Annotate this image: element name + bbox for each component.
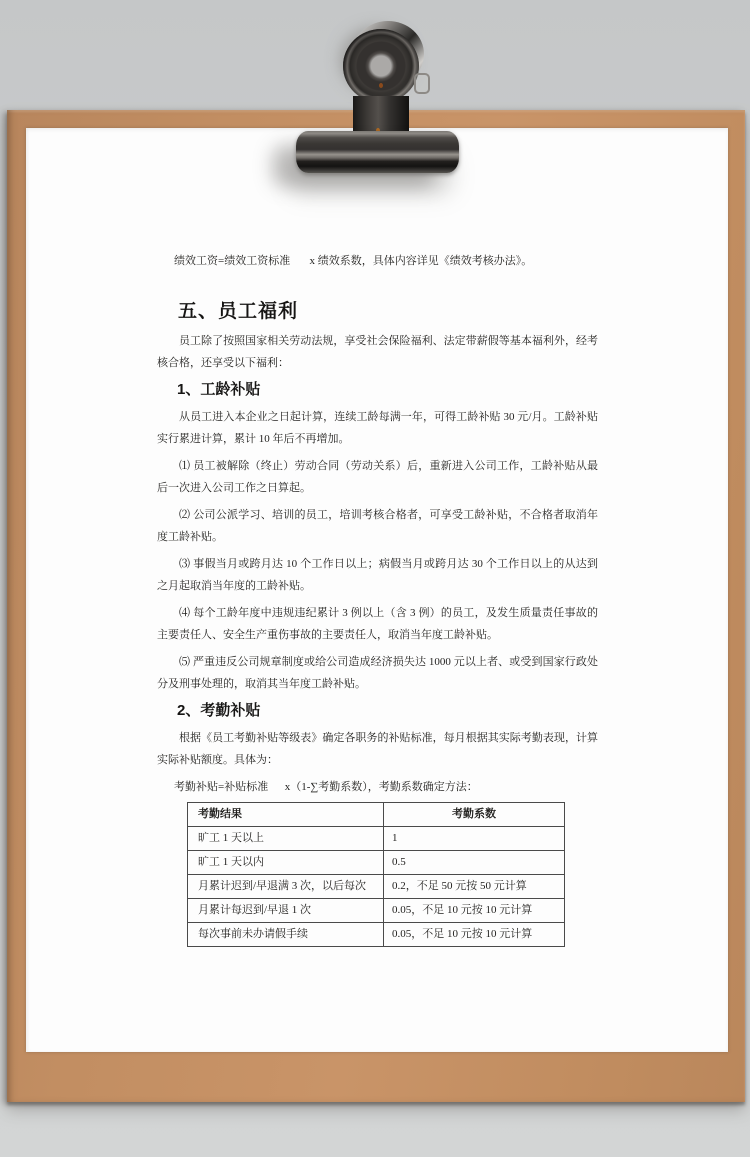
table-header-row: 考勤结果 考勤系数 <box>188 803 565 827</box>
table-header-result: 考勤结果 <box>188 803 384 827</box>
table-cell-coefficient: 0.05，不足 10 元按 10 元计算 <box>384 923 565 947</box>
table-row: 每次事前未办请假手续 0.05，不足 10 元按 10 元计算 <box>188 923 565 947</box>
table-cell-result: 月累计迟到/早退满 3 次，以后每次 <box>188 875 384 899</box>
paper-sheet: 绩效工资=绩效工资标准 x 绩效系数，具体内容详见《绩效考核办法》。 五、员工福… <box>26 128 728 1052</box>
clip-neck-icon <box>353 96 409 136</box>
table-cell-coefficient: 1 <box>384 827 565 851</box>
attendance-intro: 根据《员工考勤补贴等级表》确定各职务的补贴标准，每月根据其实际考勤表现，计算实际… <box>157 727 598 772</box>
table-cell-coefficient: 0.5 <box>384 851 565 875</box>
seniority-intro: 从员工进入本企业之日起计算，连续工龄每满一年，可得工龄补贴 30 元/月。工龄补… <box>157 406 598 451</box>
table-header-coefficient: 考勤系数 <box>384 803 565 827</box>
seniority-item-4: ⑷ 每个工龄年度中违规违纪累计 3 例以上（含 3 例）的员工，及发生质量责任事… <box>157 602 598 647</box>
performance-pay-note: 绩效工资=绩效工资标准 x 绩效系数，具体内容详见《绩效考核办法》。 <box>157 250 598 273</box>
table-cell-result: 旷工 1 天以上 <box>188 827 384 851</box>
table-row: 旷工 1 天以内 0.5 <box>188 851 565 875</box>
seniority-item-1: ⑴ 员工被解除（终止）劳动合同（劳动关系）后，重新进入公司工作，工龄补贴从最后一… <box>157 455 598 500</box>
document-body: 绩效工资=绩效工资标准 x 绩效系数，具体内容详见《绩效考核办法》。 五、员工福… <box>157 250 598 947</box>
table-row: 月累计每迟到/早退 1 次 0.05，不足 10 元按 10 元计算 <box>188 899 565 923</box>
table-cell-coefficient: 0.2，不足 50 元按 50 元计算 <box>384 875 565 899</box>
clip-jaw-bar-icon <box>296 131 459 173</box>
attendance-table: 考勤结果 考勤系数 旷工 1 天以上 1 旷工 1 天以内 0.5 月累计迟到/… <box>187 802 565 947</box>
section-heading: 五、员工福利 <box>157 299 598 325</box>
table-cell-result: 每次事前未办请假手续 <box>188 923 384 947</box>
seniority-item-3: ⑶ 事假当月或跨月达 10 个工作日以上；病假当月或跨月达 30 个工作日以上的… <box>157 553 598 598</box>
section-intro: 员工除了按照国家相关劳动法规，享受社会保险福利、法定带薪假等基本福利外，经考核合… <box>157 330 598 375</box>
attendance-formula: 考勤补贴=补贴标准 x（1-∑考勤系数），考勤系数确定方法： <box>157 776 598 799</box>
table-cell-result: 旷工 1 天以内 <box>188 851 384 875</box>
subsection-heading-attendance: 2、考勤补贴 <box>157 700 598 722</box>
table-cell-coefficient: 0.05，不足 10 元按 10 元计算 <box>384 899 565 923</box>
clipboard-board: 绩效工资=绩效工资标准 x 绩效系数，具体内容详见《绩效考核办法》。 五、员工福… <box>7 110 745 1102</box>
table-row: 月累计迟到/早退满 3 次，以后每次 0.2，不足 50 元按 50 元计算 <box>188 875 565 899</box>
seniority-item-5: ⑸ 严重违反公司规章制度或给公司造成经济损失达 1000 元以上者、或受到国家行… <box>157 651 598 696</box>
clip-roller-face-icon <box>343 29 419 103</box>
clip-wire-handle-icon <box>414 73 430 94</box>
table-cell-result: 月累计每迟到/早退 1 次 <box>188 899 384 923</box>
subsection-heading-seniority: 1、工龄补贴 <box>157 379 598 401</box>
table-row: 旷工 1 天以上 1 <box>188 827 565 851</box>
seniority-item-2: ⑵ 公司公派学习、培训的员工，培训考核合格者，可享受工龄补贴，不合格者取消年度工… <box>157 504 598 549</box>
